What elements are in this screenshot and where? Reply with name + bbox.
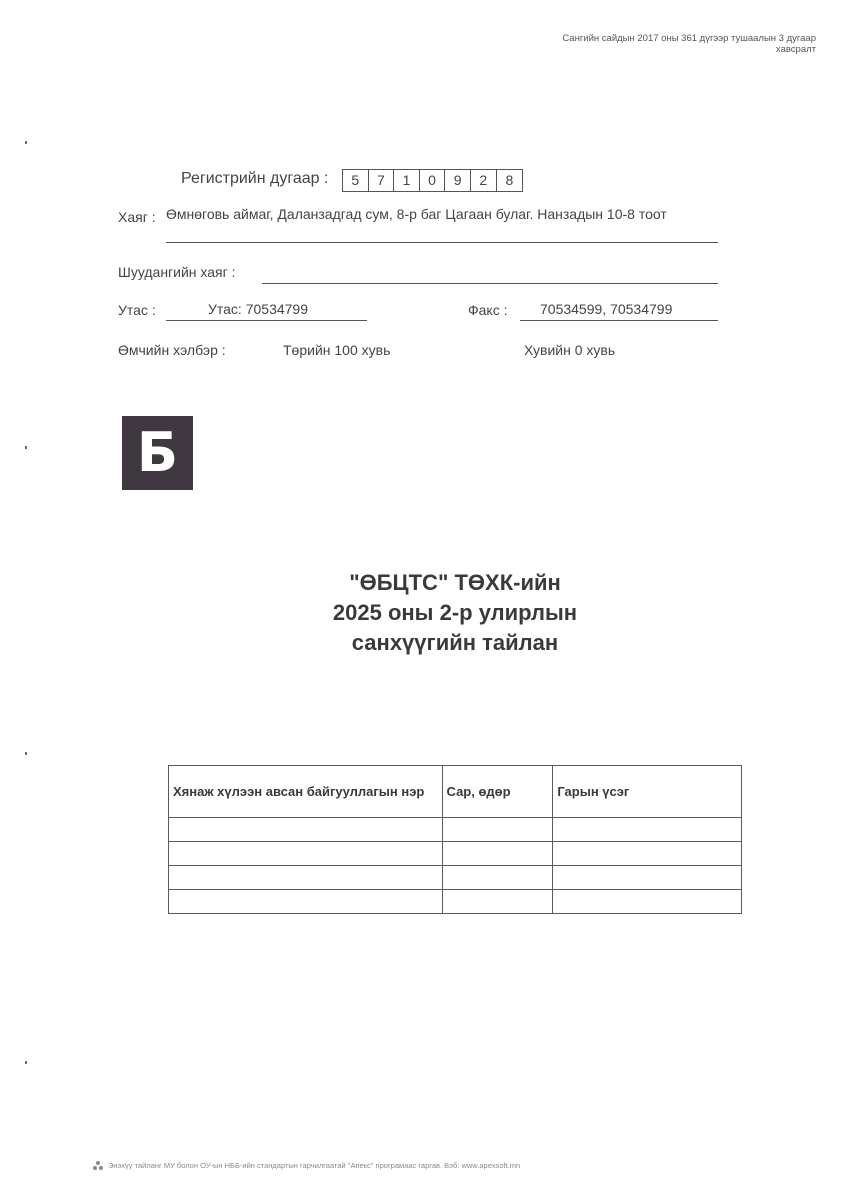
cell-date — [442, 890, 553, 914]
report-title: "ӨБЦТС" ТӨХК-ийн 2025 оны 2-р улирлын са… — [250, 568, 660, 658]
form-letter-badge: Б — [122, 416, 193, 490]
ownership-state-share: Төрийн 100 хувь — [283, 342, 390, 358]
fax-underline — [520, 320, 718, 321]
margin-dot — [25, 141, 27, 144]
footer: Энэхүү тайланг МУ болон ОУ-ын НББ-ийн ст… — [93, 1161, 520, 1170]
address-value: Өмнөговь аймаг, Даланзадгад сум, 8-р баг… — [166, 206, 718, 222]
report-title-line1: "ӨБЦТС" ТӨХК-ийн — [250, 568, 660, 598]
review-table: Хянаж хүлээн авсан байгууллагын нэр Сар,… — [168, 765, 742, 914]
table-row — [169, 890, 742, 914]
header-organization: Хянаж хүлээн авсан байгууллагын нэр — [169, 766, 443, 818]
margin-dot — [25, 446, 27, 449]
address-underline — [166, 242, 718, 243]
registry-digit: 5 — [343, 170, 369, 191]
registry-label: Регистрийн дугаар : — [181, 170, 328, 188]
cell-signature — [553, 818, 742, 842]
table-header-row: Хянаж хүлээн авсан байгууллагын нэр Сар,… — [169, 766, 742, 818]
margin-dot — [25, 1061, 27, 1064]
cell-organization — [169, 866, 443, 890]
cell-date — [442, 842, 553, 866]
phone-label: Утас : — [118, 302, 156, 318]
header-date: Сар, өдөр — [442, 766, 553, 818]
cell-date — [442, 818, 553, 842]
cell-signature — [553, 890, 742, 914]
registry-digit: 9 — [445, 170, 471, 191]
apex-logo-icon — [93, 1161, 103, 1170]
annex-note: Сангийн сайдын 2017 оны 361 дүгээр тушаа… — [496, 33, 816, 55]
cell-signature — [553, 842, 742, 866]
header-signature: Гарын үсэг — [553, 766, 742, 818]
table-row — [169, 866, 742, 890]
margin-dot — [25, 752, 27, 755]
table-row — [169, 842, 742, 866]
table-row — [169, 818, 742, 842]
registry-digit: 7 — [369, 170, 395, 191]
footer-text: Энэхүү тайланг МУ болон ОУ-ын НББ-ийн ст… — [108, 1161, 520, 1170]
cell-organization — [169, 890, 443, 914]
mailbox-underline — [262, 283, 718, 284]
report-title-line2: 2025 оны 2-р улирлын — [250, 598, 660, 628]
cell-organization — [169, 818, 443, 842]
fax-value: 70534599, 70534799 — [540, 301, 672, 317]
mailbox-label: Шуудангийн хаяг : — [118, 264, 236, 280]
phone-underline — [166, 320, 367, 321]
report-title-line3: санхүүгийн тайлан — [250, 628, 660, 658]
phone-value: Утас: 70534799 — [208, 301, 308, 317]
registry-digit: 1 — [394, 170, 420, 191]
registry-digit: 0 — [420, 170, 446, 191]
fax-label: Факс : — [468, 302, 508, 318]
ownership-label: Өмчийн хэлбэр : — [118, 342, 226, 358]
registry-digit: 2 — [471, 170, 497, 191]
annex-note-line2: хавсралт — [496, 44, 816, 55]
cell-date — [442, 866, 553, 890]
annex-note-line1: Сангийн сайдын 2017 оны 361 дүгээр тушаа… — [496, 33, 816, 44]
cell-organization — [169, 842, 443, 866]
address-label: Хаяг : — [118, 209, 156, 225]
registry-digit: 8 — [497, 170, 523, 191]
registry-number-boxes: 5 7 1 0 9 2 8 — [342, 169, 523, 192]
ownership-private-share: Хувийн 0 хувь — [524, 342, 615, 358]
cell-signature — [553, 866, 742, 890]
